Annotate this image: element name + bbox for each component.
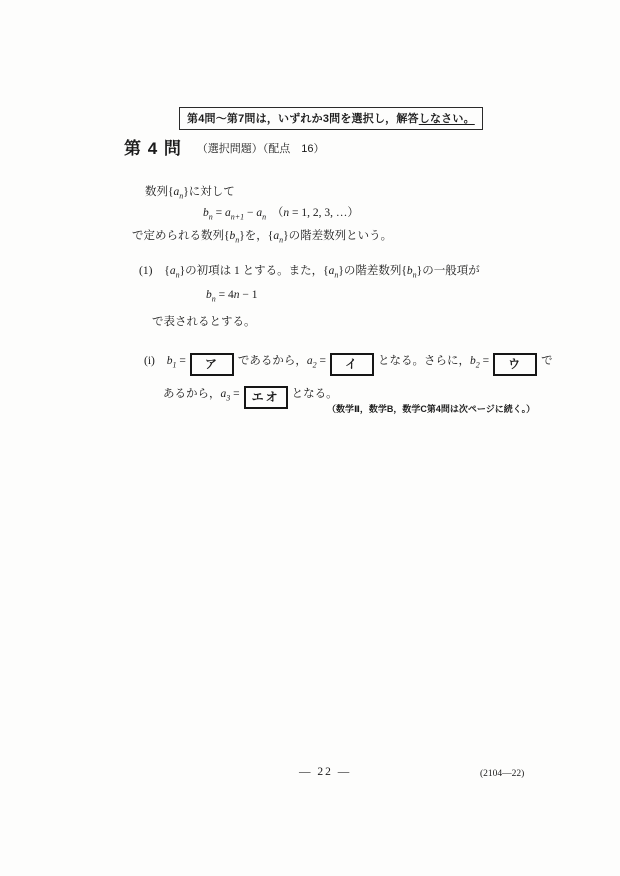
part-1-label: (1) — [139, 265, 152, 277]
question-meta: （選択問題）（配点 16） — [197, 143, 325, 155]
part-1-line: (1) {an}の初項は 1 とする。また，{an}の階差数列{bn}の一般項が — [139, 262, 480, 278]
part-i-label: (i) — [144, 355, 155, 367]
intro-definition: で定められる数列{bn}を，{an}の階差数列という。 — [132, 227, 392, 243]
question-header: 第 4 問 （選択問題）（配点 16） — [124, 134, 325, 159]
difference-sequence-equation: bn = an+1 − an （n = 1, 2, 3, …） — [203, 204, 359, 220]
continuation-note: （数学Ⅱ，数学B，数学C第4問は次ページに続く。） — [327, 402, 535, 415]
part-i-line-1: (i) b1 =アであるから，a2 =イとなる。さらに，b2 =ウで — [144, 349, 553, 376]
part-i-line-2: あるから，a3 =エオとなる。 — [163, 382, 338, 409]
intro-lead: 数列{an}に対して — [145, 183, 235, 199]
selection-notice-box: 第4問～第7問は，いずれか3問を選択し，解答しなさい。 — [179, 107, 483, 130]
answer-box-イ: イ — [330, 353, 374, 376]
answer-box-エオ: エオ — [244, 386, 288, 409]
part-1-text: {an}の初項は 1 とする。また，{an}の階差数列{bn}の一般項が — [164, 265, 479, 277]
document-code: (2104—22) — [480, 769, 524, 779]
part-i-text-1: b1 =アであるから，a2 =イとなる。さらに，b2 =ウで — [167, 355, 553, 367]
answer-box-ウ: ウ — [493, 353, 537, 376]
page-number: — 22 — — [299, 766, 351, 778]
question-title: 第 4 問 — [124, 139, 182, 158]
answer-box-ア: ア — [190, 353, 234, 376]
part-1-closing: で表されるとする。 — [152, 313, 256, 329]
general-term-equation: bn = 4n − 1 — [206, 289, 258, 301]
exam-page: 第4問～第7問は，いずれか3問を選択し，解答しなさい。 第 4 問 （選択問題）… — [0, 0, 620, 876]
